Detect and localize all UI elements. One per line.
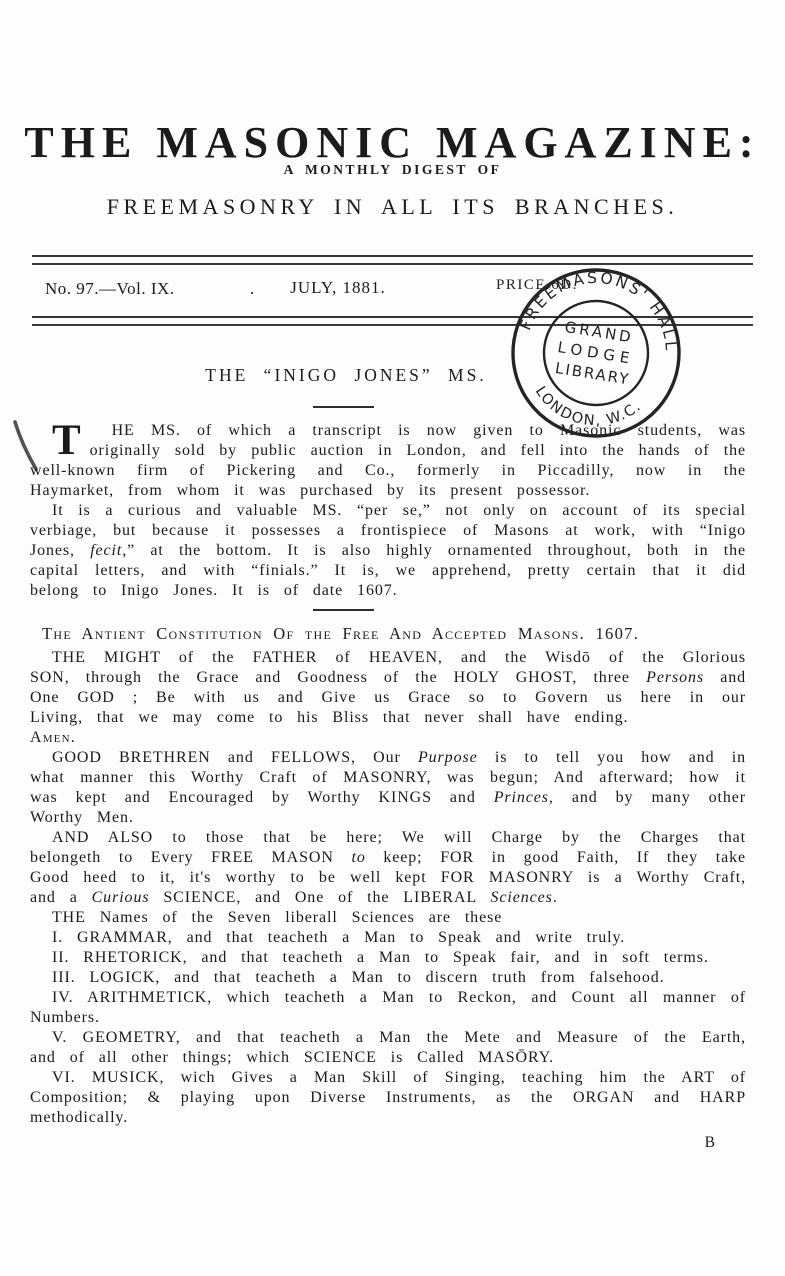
library-stamp: FREEMASONS' HALL ✳ LONDON, W.C. ✳ GRAND … — [495, 252, 696, 453]
paragraph: I. GRAMMAR, and that teacheth a Man to S… — [30, 928, 746, 948]
text-segment: THE Names of the Seven liberall Sciences… — [52, 909, 502, 926]
text-segment: THE MIGHT of the FATHER of HEAVEN, and t… — [30, 649, 746, 686]
text-segment: to — [351, 849, 365, 866]
magazine-subtitle: A MONTHLY DIGEST OF — [0, 162, 785, 178]
paragraph: III. LOGICK, and that teacheth a Man to … — [30, 968, 746, 988]
text-segment: Curious — [92, 889, 150, 906]
paragraph: V. GEOMETRY, and that teacheth a Man the… — [30, 1028, 746, 1068]
paragraph: THE Names of the Seven liberall Sciences… — [30, 908, 746, 928]
issue-number: No. 97.—Vol. IX. — [45, 279, 175, 299]
text-segment: Purpose — [418, 749, 478, 766]
paragraph: Amen. — [30, 728, 746, 748]
article-body: THE MS. of which a transcript is now giv… — [30, 421, 746, 1153]
constitution-paragraphs: THE MIGHT of the FATHER of HEAVEN, and t… — [30, 648, 746, 1128]
issue-date: JULY, 1881. — [228, 278, 448, 298]
paragraph: VI. MUSICK, wich Gives a Man Skill of Si… — [30, 1068, 746, 1128]
text-segment: ,” at the bottom. It is also highly orna… — [30, 542, 746, 599]
paragraph: IV. ARITHMETICK, which teacheth a Man to… — [30, 988, 746, 1028]
text-segment: VI. MUSICK, wich Gives a Man Skill of Si… — [30, 1069, 746, 1126]
drop-cap: T — [30, 421, 90, 457]
scanned-magazine-page: THE MASONIC MAGAZINE: A MONTHLY DIGEST O… — [0, 0, 785, 1276]
text-segment: II. RHETORICK, and that teacheth a Man t… — [52, 949, 709, 966]
text-segment: V. GEOMETRY, and that teacheth a Man the… — [30, 1029, 746, 1066]
paragraph: It is a curious and valuable MS. “per se… — [30, 501, 746, 601]
text-segment: I. GRAMMAR, and that teacheth a Man to S… — [52, 929, 625, 946]
magazine-tagline: FREEMASONRY IN ALL ITS BRANCHES. — [0, 194, 785, 220]
paragraph: II. RHETORICK, and that teacheth a Man t… — [30, 948, 746, 968]
heading-divider — [313, 406, 374, 408]
text-segment: SCIENCE, and One of the LIBERAL — [149, 889, 490, 906]
section-heading: The Antient Constitution Of the Free And… — [30, 623, 746, 645]
text-segment: Amen. — [30, 729, 76, 746]
text-segment: Sciences — [490, 889, 552, 906]
double-rule-top — [32, 255, 753, 265]
text-segment: fecit — [90, 542, 122, 559]
section-divider — [313, 609, 374, 611]
text-segment: IV. ARITHMETICK, which teacheth a Man to… — [30, 989, 746, 1026]
printer-signature-mark: B — [30, 1133, 716, 1153]
text-segment: . — [553, 889, 558, 906]
paragraph: AND ALSO to those that be here; We will … — [30, 828, 746, 908]
text-segment: Persons — [646, 669, 704, 686]
paragraph: THE MIGHT of the FATHER of HEAVEN, and t… — [30, 648, 746, 728]
magazine-title: THE MASONIC MAGAZINE: — [0, 117, 785, 168]
text-segment: GOOD BRETHREN and FELLOWS, Our — [52, 749, 418, 766]
text-segment: III. LOGICK, and that teacheth a Man to … — [52, 969, 665, 986]
text-segment: Princes — [494, 789, 549, 806]
paragraph: GOOD BRETHREN and FELLOWS, Our Purpose i… — [30, 748, 746, 828]
